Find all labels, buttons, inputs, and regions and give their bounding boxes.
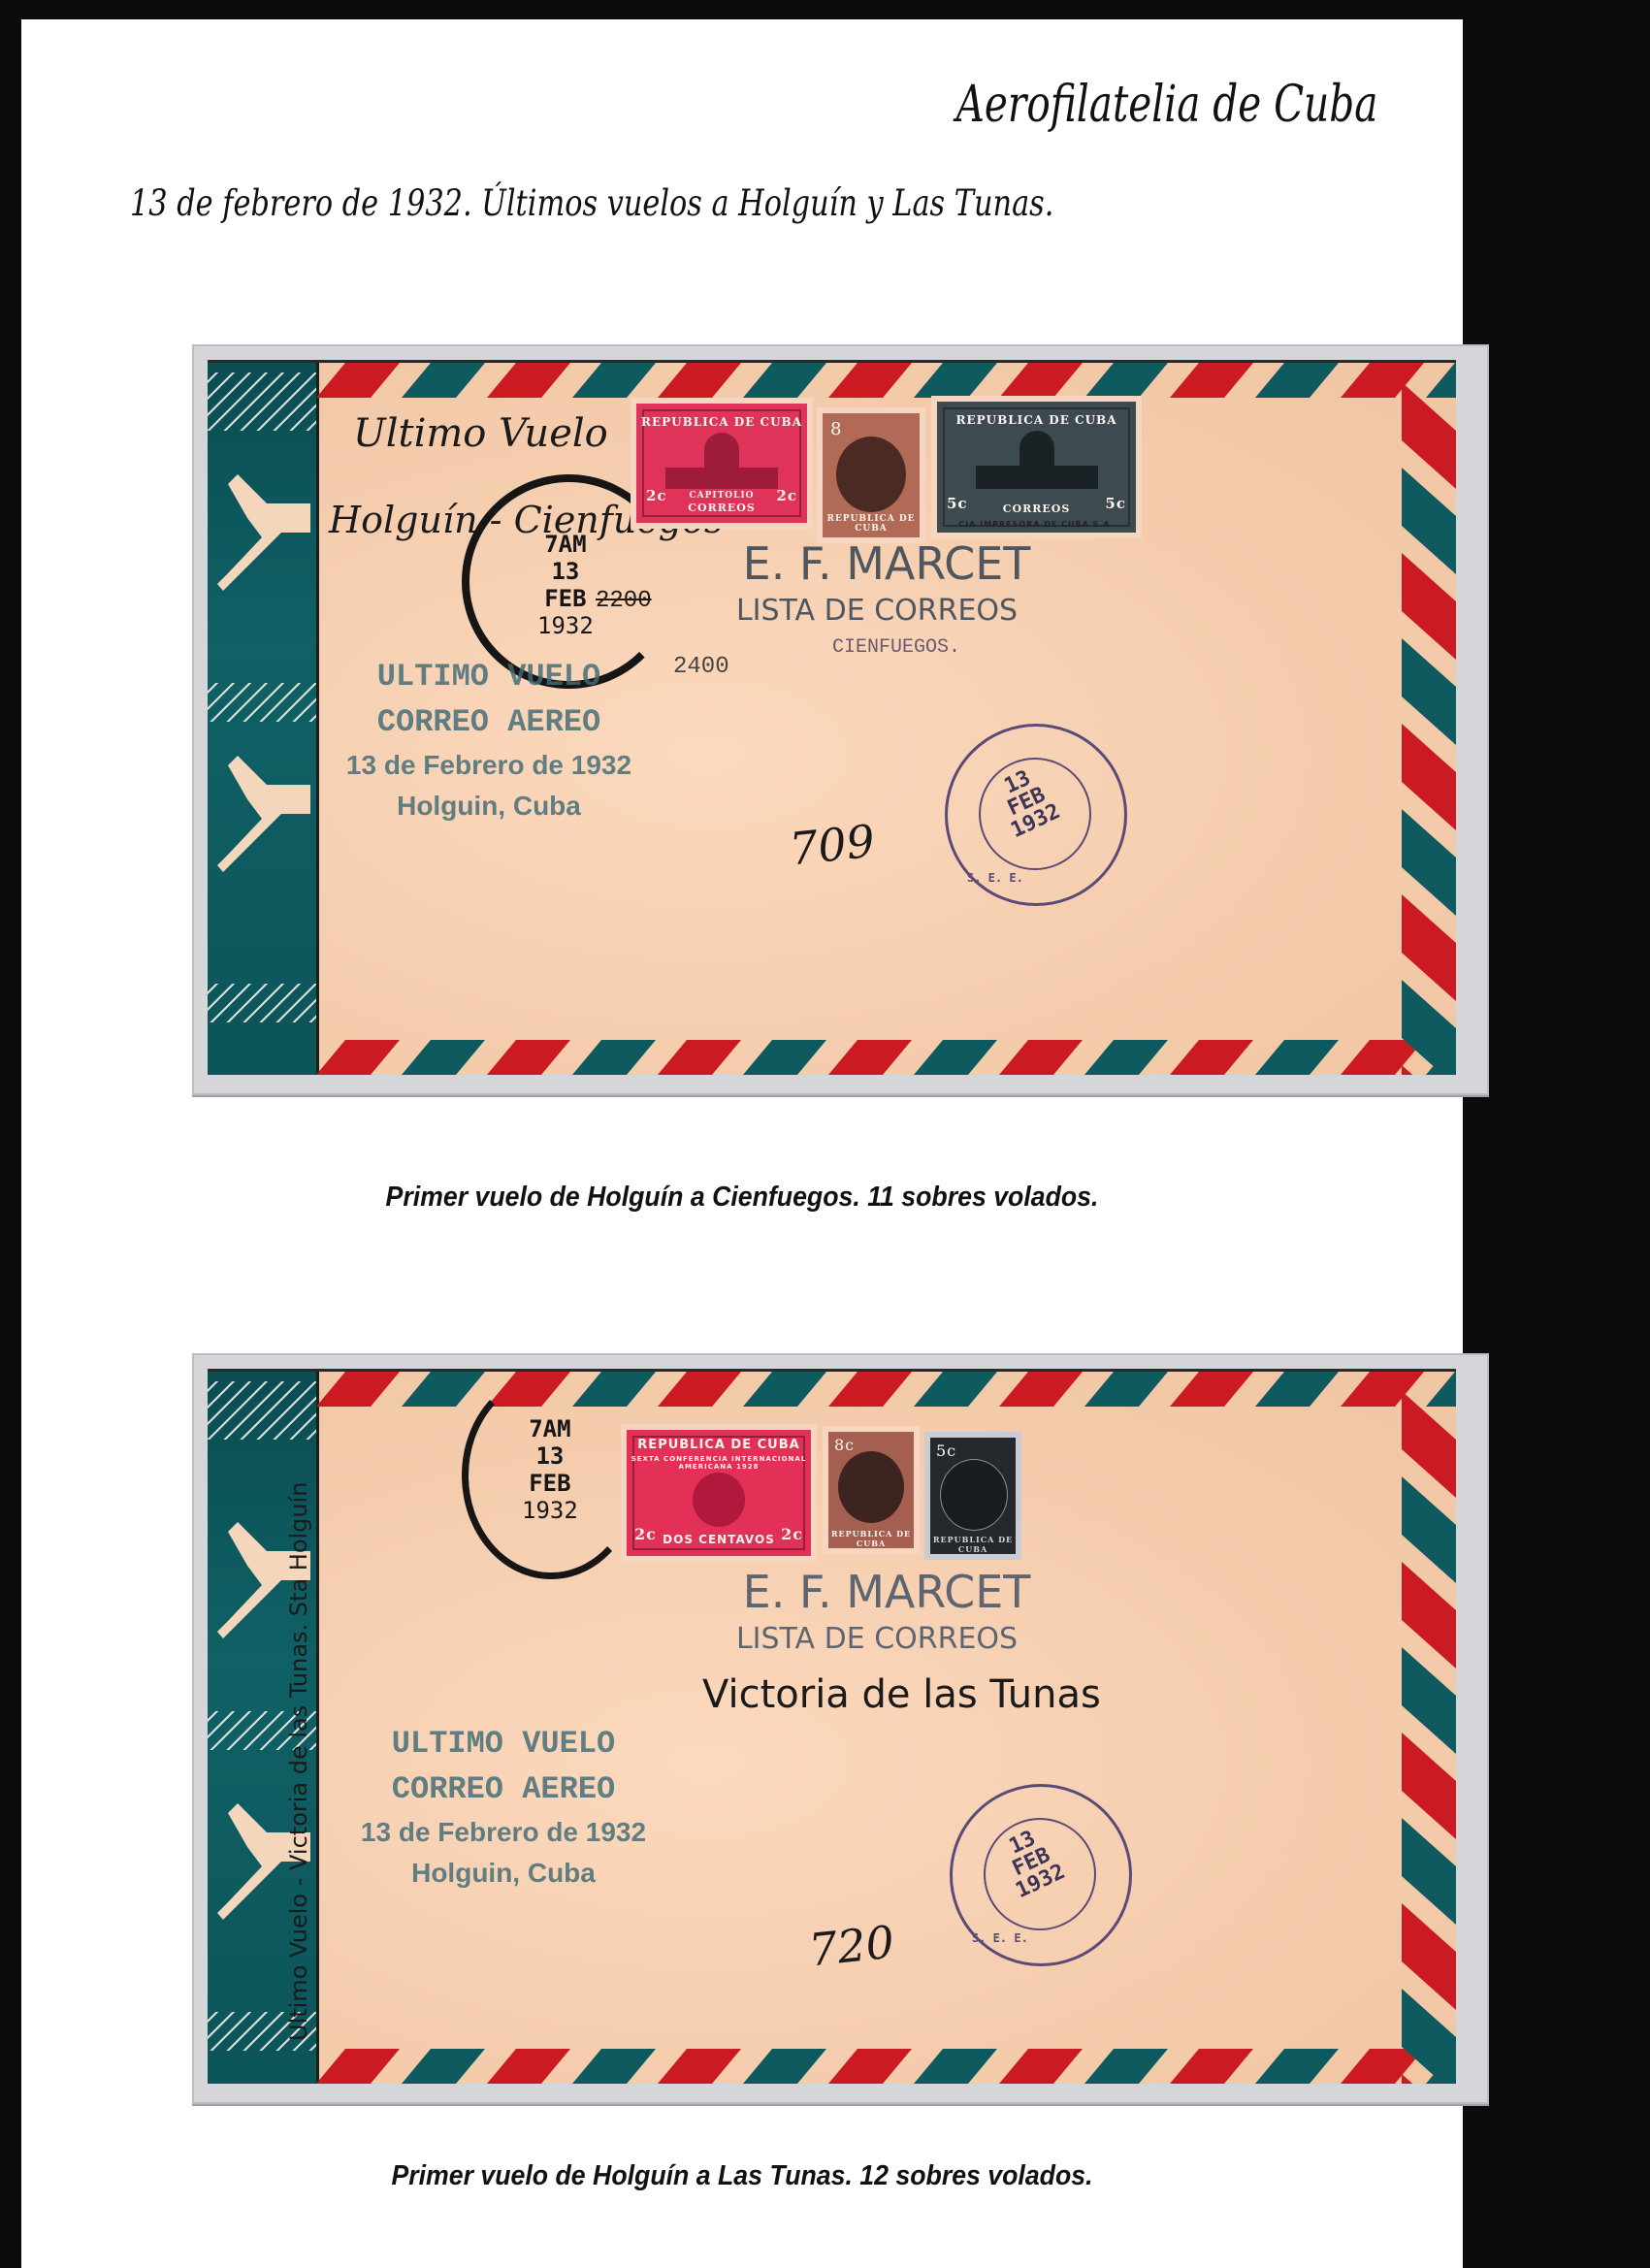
airplane-icon bbox=[213, 741, 319, 887]
manuscript-vertical: Ultimo Vuelo - Victoria de las Tunas. St… bbox=[285, 1481, 312, 2041]
struck-number: 2200 bbox=[596, 588, 652, 614]
page-subtitle: 13 de febrero de 1932. Últimos vuelos a … bbox=[130, 182, 1053, 224]
manuscript-ultimo-vuelo: Ultimo Vuelo bbox=[353, 411, 608, 456]
airmail-border-bottom bbox=[316, 1040, 1456, 1075]
airmail-border-right bbox=[1402, 363, 1456, 1075]
addressee-name: E. F. MARCET bbox=[693, 537, 1081, 590]
manuscript-number: 709 bbox=[787, 815, 877, 876]
stamp-2c-capitolio: REPUBLICA DE CUBA CAPITOLIO CORREOS 2c 2… bbox=[636, 404, 807, 523]
last-flight-cachet: ULTIMO VUELO CORREO AEREO 13 de Febrero … bbox=[314, 659, 663, 822]
addressee-line2: LISTA DE CORREOS bbox=[673, 594, 1081, 628]
addressee-city: Victoria de las Tunas bbox=[702, 1672, 1101, 1717]
reference-number: 2400 bbox=[673, 654, 729, 680]
receiving-postmark: 13 FEB 1932 S. E. E. bbox=[950, 1784, 1132, 1966]
stamp-8c-agramonte: 8 REPUBLICA DE CUBA bbox=[823, 413, 920, 537]
envelope-las-tunas: Ultimo Vuelo - Victoria de las Tunas. St… bbox=[208, 1369, 1456, 2084]
departure-postmark: 7AM 13 FEB 1932 bbox=[462, 1372, 640, 1579]
caption-cover-2: Primer vuelo de Holguín a Las Tunas. 12 … bbox=[79, 2160, 1405, 2192]
addressee-city: CIENFUEGOS. bbox=[751, 636, 1042, 659]
stamp-8c-agramonte: 8c REPUBLICA DE CUBA bbox=[828, 1432, 914, 1548]
addressee-name: E. F. MARCET bbox=[693, 1566, 1081, 1618]
airmail-border-bottom bbox=[316, 2049, 1456, 2084]
airmail-border-top bbox=[316, 363, 1456, 398]
addressee-line2: LISTA DE CORREOS bbox=[673, 1622, 1081, 1656]
cover-sleeve-1: Ultimo Vuelo Holguín - Cienfuegos 7AM 13… bbox=[192, 344, 1489, 1095]
stamp-5c: 5c REPUBLICA DE CUBA bbox=[930, 1438, 1016, 1554]
airplane-icon bbox=[213, 460, 319, 605]
receiving-postmark: 13 FEB 1932 S. E. E. bbox=[945, 724, 1127, 906]
manuscript-number: 720 bbox=[806, 1916, 896, 1977]
caption-cover-1: Primer vuelo de Holguín a Cienfuegos. 11… bbox=[79, 1182, 1405, 1214]
airmail-border-right bbox=[1402, 1372, 1456, 2084]
airmail-side-panel bbox=[208, 363, 319, 1075]
last-flight-cachet: ULTIMO VUELO CORREO AEREO 13 de Febrero … bbox=[329, 1726, 678, 1889]
stamp-5c-capitolio: REPUBLICA DE CUBA CORREOS 5c 5c CIA IMPR… bbox=[937, 402, 1136, 533]
album-page: Aerofilatelia de Cuba 13 de febrero de 1… bbox=[21, 19, 1463, 2268]
page-title: Aerofilatelia de Cuba bbox=[955, 76, 1377, 134]
envelope-cienfuegos: Ultimo Vuelo Holguín - Cienfuegos 7AM 13… bbox=[208, 360, 1456, 1075]
stamp-2c-conferencia: REPUBLICA DE CUBA SEXTA CONFERENCIA INTE… bbox=[627, 1430, 811, 1556]
cover-sleeve-2: Ultimo Vuelo - Victoria de las Tunas. St… bbox=[192, 1353, 1489, 2104]
